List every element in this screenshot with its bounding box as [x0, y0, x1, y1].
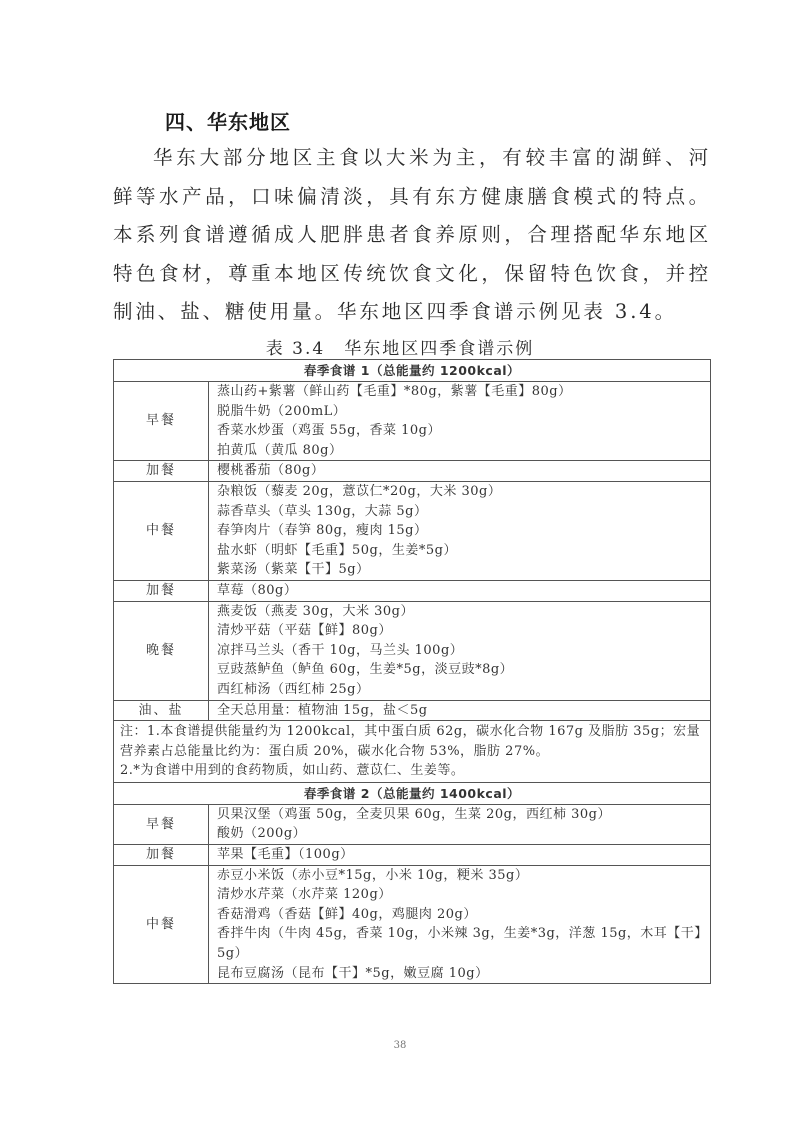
oil-salt-total: 全天总用量：植物油 15g，盐＜5g	[217, 701, 710, 721]
meal-label: 中餐	[114, 481, 209, 580]
dish: 樱桃番茄（80g）	[217, 461, 710, 481]
dish: 赤豆小米饭（赤小豆*15g，小米 10g，粳米 35g）	[217, 866, 710, 886]
table-row: 早餐 贝果汉堡（鸡蛋 50g，全麦贝果 60g，生菜 20g，西红柿 30g） …	[114, 804, 711, 844]
meal-label: 晚餐	[114, 601, 209, 700]
meal-label: 加餐	[114, 580, 209, 601]
page-number: 38	[0, 1040, 800, 1051]
notes-row: 注：1.本食谱提供能量约为 1200kcal，其中蛋白质 62g，碳水化合物 1…	[114, 721, 711, 783]
dish: 苹果【毛重】（100g）	[217, 845, 710, 865]
dish: 清炒水芹菜（水芹菜 120g）	[217, 885, 710, 905]
meal-items: 贝果汉堡（鸡蛋 50g，全麦贝果 60g，生菜 20g，西红柿 30g） 酸奶（…	[209, 804, 711, 844]
table-row: 晚餐 燕麦饭（燕麦 30g，大米 30g） 清炒平菇（平菇【鲜】80g） 凉拌马…	[114, 601, 711, 700]
dish: 香菜水炒蛋（鸡蛋 55g，香菜 10g）	[217, 421, 710, 441]
dish: 蒜香草头（草头 130g，大蒜 5g）	[217, 502, 710, 522]
menu1-title-row: 春季食谱 1（总能量约 1200kcal）	[114, 360, 711, 382]
meal-label: 油、盐	[114, 700, 209, 721]
note-1: 注：1.本食谱提供能量约为 1200kcal，其中蛋白质 62g，碳水化合物 1…	[120, 722, 706, 761]
menu1-title: 春季食谱 1（总能量约 1200kcal）	[114, 360, 711, 382]
meal-items: 赤豆小米饭（赤小豆*15g，小米 10g，粳米 35g） 清炒水芹菜（水芹菜 1…	[209, 865, 711, 984]
dish: 蒸山药+紫薯（鲜山药【毛重】*80g，紫薯【毛重】80g）	[217, 382, 710, 402]
dish: 香菇滑鸡（香菇【鲜】40g，鸡腿肉 20g）	[217, 905, 710, 925]
dish: 脱脂牛奶（200mL）	[217, 402, 710, 422]
meal-items: 蒸山药+紫薯（鲜山药【毛重】*80g，紫薯【毛重】80g） 脱脂牛奶（200mL…	[209, 382, 711, 461]
meal-label: 加餐	[114, 461, 209, 482]
menu-table: 春季食谱 1（总能量约 1200kcal） 早餐 蒸山药+紫薯（鲜山药【毛重】*…	[113, 359, 711, 984]
dish: 昆布豆腐汤（昆布【干】*5g，嫩豆腐 10g）	[217, 964, 710, 984]
meal-items: 全天总用量：植物油 15g，盐＜5g	[209, 700, 711, 721]
table-row: 中餐 杂粮饭（藜麦 20g，薏苡仁*20g，大米 30g） 蒜香草头（草头 13…	[114, 481, 711, 580]
menu2-title-row: 春季食谱 2（总能量约 1400kcal）	[114, 782, 711, 804]
dish: 清炒平菇（平菇【鲜】80g）	[217, 621, 710, 641]
meal-label: 早餐	[114, 804, 209, 844]
dish: 贝果汉堡（鸡蛋 50g，全麦贝果 60g，生菜 20g，西红柿 30g）	[217, 805, 710, 825]
meal-items: 燕麦饭（燕麦 30g，大米 30g） 清炒平菇（平菇【鲜】80g） 凉拌马兰头（…	[209, 601, 711, 700]
table-row: 加餐 苹果【毛重】（100g）	[114, 845, 711, 866]
section-heading: 四、华东地区	[165, 106, 291, 135]
meal-items: 樱桃番茄（80g）	[209, 461, 711, 482]
dish: 紫菜汤（紫菜【干】5g）	[217, 560, 710, 580]
meal-items: 杂粮饭（藜麦 20g，薏苡仁*20g，大米 30g） 蒜香草头（草头 130g，…	[209, 481, 711, 580]
table-row: 加餐 樱桃番茄（80g）	[114, 461, 711, 482]
dish: 草莓（80g）	[217, 581, 710, 601]
meal-label: 中餐	[114, 865, 209, 984]
table-row: 中餐 赤豆小米饭（赤小豆*15g，小米 10g，粳米 35g） 清炒水芹菜（水芹…	[114, 865, 711, 984]
menu2-title: 春季食谱 2（总能量约 1400kcal）	[114, 782, 711, 804]
table-row: 油、盐 全天总用量：植物油 15g，盐＜5g	[114, 700, 711, 721]
dish: 盐水虾（明虾【毛重】50g，生姜*5g）	[217, 541, 710, 561]
dish: 香拌牛肉（牛肉 45g，香菜 10g，小米辣 3g，生姜*3g，洋葱 15g，木…	[217, 924, 710, 963]
meal-items: 草莓（80g）	[209, 580, 711, 601]
table-caption: 表 3.4 华东地区四季食谱示例	[0, 334, 800, 359]
dish: 酸奶（200g）	[217, 824, 710, 844]
dish: 凉拌马兰头（香干 10g，马兰头 100g）	[217, 641, 710, 661]
menu1-notes: 注：1.本食谱提供能量约为 1200kcal，其中蛋白质 62g，碳水化合物 1…	[114, 721, 711, 783]
table-row: 早餐 蒸山药+紫薯（鲜山药【毛重】*80g，紫薯【毛重】80g） 脱脂牛奶（20…	[114, 382, 711, 461]
dish: 豆豉蒸鲈鱼（鲈鱼 60g，生姜*5g，淡豆豉*8g）	[217, 660, 710, 680]
table-row: 加餐 草莓（80g）	[114, 580, 711, 601]
meal-label: 加餐	[114, 845, 209, 866]
meal-items: 苹果【毛重】（100g）	[209, 845, 711, 866]
dish: 燕麦饭（燕麦 30g，大米 30g）	[217, 602, 710, 622]
dish: 拍黄瓜（黄瓜 80g）	[217, 441, 710, 461]
section-paragraph: 华东大部分地区主食以大米为主，有较丰富的湖鲜、河鲜等水产品，口味偏清淡，具有东方…	[113, 139, 711, 332]
note-2: 2.*为食谱中用到的食药物质，如山药、薏苡仁、生姜等。	[120, 761, 706, 781]
dish: 春笋肉片（春笋 80g，瘦肉 15g）	[217, 521, 710, 541]
dish: 杂粮饭（藜麦 20g，薏苡仁*20g，大米 30g）	[217, 482, 710, 502]
dish: 西红柿汤（西红柿 25g）	[217, 680, 710, 700]
meal-label: 早餐	[114, 382, 209, 461]
